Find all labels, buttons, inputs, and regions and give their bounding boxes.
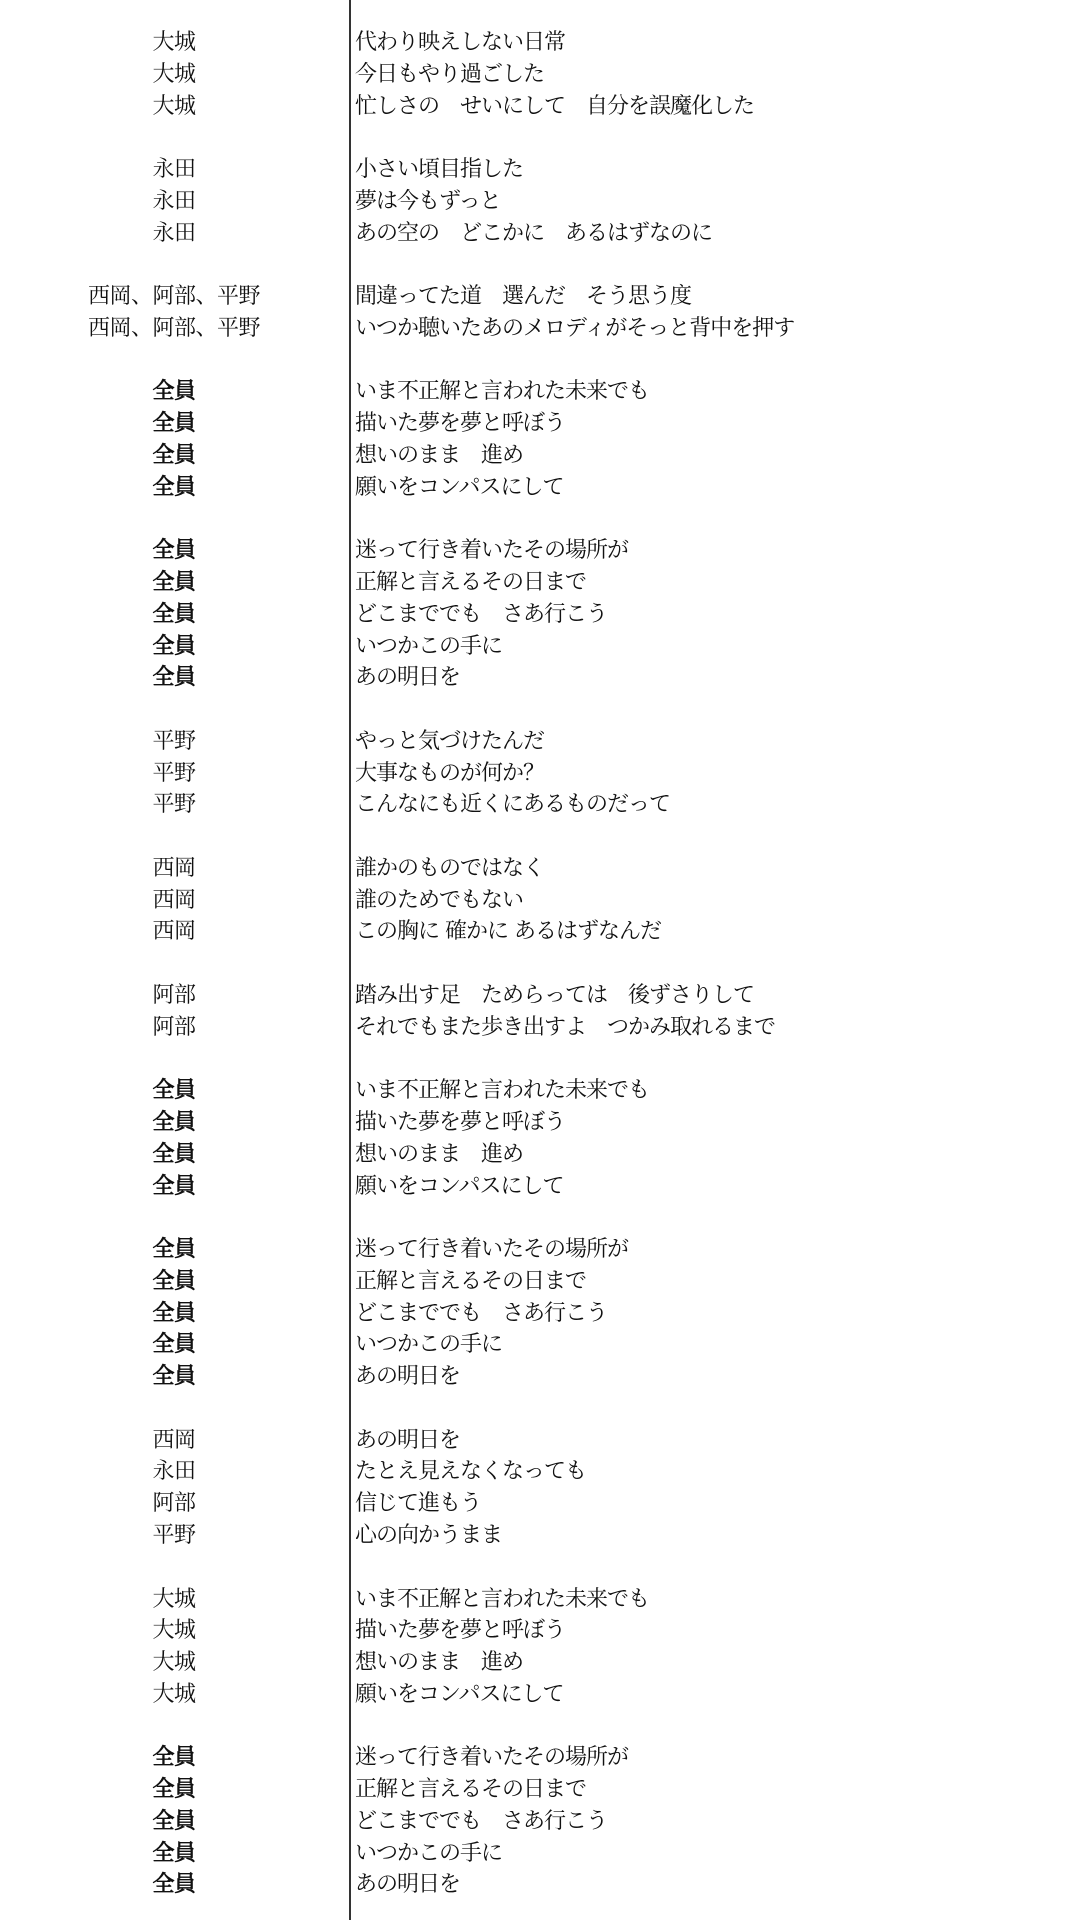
lyric-line: 迷って行き着いたその場所が <box>355 535 628 567</box>
blank-row <box>0 821 1080 853</box>
lyric-row: 全員描いた夢を夢と呼ぼう <box>0 1107 1080 1139</box>
singer-label: 全員 <box>24 1838 324 1870</box>
lyric-line: 描いた夢を夢と呼ぼう <box>355 1615 565 1647</box>
singer-label: 全員 <box>24 440 324 472</box>
lyric-line: いま不正解と言われた未来でも <box>355 1584 649 1616</box>
blank-row <box>0 1202 1080 1234</box>
lyric-row: 平野心の向かうまま <box>0 1520 1080 1552</box>
singer-label: 西岡 <box>24 1425 324 1457</box>
lyric-row: 阿部それでもまた歩き出すよ つかみ取れるまで <box>0 1012 1080 1044</box>
singer-label: 大城 <box>24 91 324 123</box>
lyric-line: たとえ見えなくなっても <box>355 1456 586 1488</box>
blank-row <box>0 122 1080 154</box>
lyric-row: 全員想いのまま 進め <box>0 1139 1080 1171</box>
singer-label: 全員 <box>24 1107 324 1139</box>
lyric-line: それでもまた歩き出すよ つかみ取れるまで <box>355 1012 775 1044</box>
blank-row <box>0 249 1080 281</box>
lyric-line: 忙しさの せいにして 自分を誤魔化した <box>355 91 754 123</box>
lyric-line: いつかこの手に <box>355 631 502 663</box>
singer-label: 西岡 <box>24 885 324 917</box>
lyric-row: 西岡誰のためでもない <box>0 885 1080 917</box>
singer-label: 全員 <box>24 1361 324 1393</box>
singer-label: 永田 <box>24 154 324 186</box>
singer-label: 全員 <box>24 1806 324 1838</box>
singer-label: 全員 <box>24 1742 324 1774</box>
lyric-row: 大城想いのまま 進め <box>0 1647 1080 1679</box>
lyric-row: 西岡あの明日を <box>0 1425 1080 1457</box>
singer-label: 大城 <box>24 27 324 59</box>
lyric-line: 誰かのものではなく <box>355 853 544 885</box>
singer-label: 西岡、阿部、平野 <box>24 281 324 313</box>
lyric-row: 全員想いのまま 進め <box>0 440 1080 472</box>
singer-label: 大城 <box>24 1615 324 1647</box>
lyric-line: 小さい頃目指した <box>355 154 523 186</box>
blank-row <box>0 694 1080 726</box>
lyric-line: 今日もやり過ごした <box>355 59 544 91</box>
blank-row <box>0 948 1080 980</box>
lyric-line: 代わり映えしない日常 <box>355 27 565 59</box>
lyric-row: 全員願いをコンパスにして <box>0 1171 1080 1203</box>
lyric-row: 永田あの空の どこかに あるはずなのに <box>0 218 1080 250</box>
singer-label: 全員 <box>24 408 324 440</box>
lyric-row: 全員願いをコンパスにして <box>0 472 1080 504</box>
lyric-row: 大城いま不正解と言われた未来でも <box>0 1584 1080 1616</box>
singer-label: 全員 <box>24 1075 324 1107</box>
singer-label: 永田 <box>24 1456 324 1488</box>
lyric-row: 全員描いた夢を夢と呼ぼう <box>0 408 1080 440</box>
lyric-row: 全員いま不正解と言われた未来でも <box>0 376 1080 408</box>
lyric-row: 西岡この胸に 確かに あるはずなんだ <box>0 916 1080 948</box>
lyric-row: 全員迷って行き着いたその場所が <box>0 535 1080 567</box>
lyric-line: 踏み出す足 ためらっては 後ずさりして <box>355 980 754 1012</box>
lyric-row: 永田小さい頃目指した <box>0 154 1080 186</box>
lyric-line: 描いた夢を夢と呼ぼう <box>355 408 565 440</box>
singer-label: 阿部 <box>24 1012 324 1044</box>
lyric-line: あの明日を <box>355 662 460 694</box>
lyric-line: 誰のためでもない <box>355 885 523 917</box>
lyric-row: 平野やっと気づけたんだ <box>0 726 1080 758</box>
lyric-line: いま不正解と言われた未来でも <box>355 376 649 408</box>
lyric-line: 迷って行き着いたその場所が <box>355 1742 628 1774</box>
singer-label: 大城 <box>24 59 324 91</box>
singer-label: 全員 <box>24 662 324 694</box>
singer-label: 西岡 <box>24 916 324 948</box>
singer-label: 全員 <box>24 472 324 504</box>
lyric-row: 永田たとえ見えなくなっても <box>0 1456 1080 1488</box>
lyric-row: 大城忙しさの せいにして 自分を誤魔化した <box>0 91 1080 123</box>
lyric-row: 全員正解と言えるその日まで <box>0 1266 1080 1298</box>
singer-label: 全員 <box>24 1774 324 1806</box>
singer-label: 全員 <box>24 599 324 631</box>
singer-label: 全員 <box>24 1869 324 1901</box>
lyric-row: 全員いつかこの手に <box>0 631 1080 663</box>
singer-label: 大城 <box>24 1679 324 1711</box>
blank-row <box>0 1711 1080 1743</box>
lyric-row: 全員どこまででも さあ行こう <box>0 1806 1080 1838</box>
blank-row <box>0 1044 1080 1076</box>
lyric-row: 全員どこまででも さあ行こう <box>0 599 1080 631</box>
lyric-line: 間違ってた道 選んだ そう思う度 <box>355 281 691 313</box>
lyric-line: 信じて進もう <box>355 1488 481 1520</box>
singer-label: 西岡、阿部、平野 <box>24 313 324 345</box>
singer-label: 全員 <box>24 1298 324 1330</box>
singer-label: 西岡 <box>24 853 324 885</box>
lyric-row: 永田夢は今もずっと <box>0 186 1080 218</box>
lyric-row: 全員いま不正解と言われた未来でも <box>0 1075 1080 1107</box>
lyric-row: 平野大事なものが何か？ <box>0 758 1080 790</box>
lyric-line: この胸に 確かに あるはずなんだ <box>355 916 661 948</box>
singer-label: 全員 <box>24 631 324 663</box>
lyric-line: 想いのまま 進め <box>355 1647 523 1679</box>
lyric-line: いつかこの手に <box>355 1329 502 1361</box>
lyric-row: 西岡、阿部、平野間違ってた道 選んだ そう思う度 <box>0 281 1080 313</box>
singer-label: 平野 <box>24 758 324 790</box>
lyric-row: 全員あの明日を <box>0 662 1080 694</box>
lyric-row: 全員いつかこの手に <box>0 1329 1080 1361</box>
lyric-line: どこまででも さあ行こう <box>355 599 607 631</box>
lyric-line: やっと気づけたんだ <box>355 726 544 758</box>
lyric-line: いつか聴いたあのメロディがそっと背中を押す <box>355 313 794 345</box>
lyric-row: 大城願いをコンパスにして <box>0 1679 1080 1711</box>
singer-label: 全員 <box>24 567 324 599</box>
singer-label: 全員 <box>24 376 324 408</box>
lyric-line: 正解と言えるその日まで <box>355 567 586 599</box>
lyric-line: あの空の どこかに あるはずなのに <box>355 218 712 250</box>
singer-label: 平野 <box>24 726 324 758</box>
lyric-line: 想いのまま 進め <box>355 440 523 472</box>
singer-label: 永田 <box>24 218 324 250</box>
singer-label: 大城 <box>24 1584 324 1616</box>
lyric-line: 正解と言えるその日まで <box>355 1774 586 1806</box>
singer-label: 阿部 <box>24 980 324 1012</box>
lyric-row: 全員正解と言えるその日まで <box>0 567 1080 599</box>
lyrics-part-sheet: 大城代わり映えしない日常大城今日もやり過ごした大城忙しさの せいにして 自分を誤… <box>0 27 1080 1901</box>
lyric-row: 大城代わり映えしない日常 <box>0 27 1080 59</box>
singer-label: 阿部 <box>24 1488 324 1520</box>
lyric-line: 願いをコンパスにして <box>355 1679 563 1711</box>
lyric-line: あの明日を <box>355 1361 460 1393</box>
lyric-row: 大城今日もやり過ごした <box>0 59 1080 91</box>
lyric-row: 阿部信じて進もう <box>0 1488 1080 1520</box>
lyric-line: 正解と言えるその日まで <box>355 1266 586 1298</box>
lyric-row: 全員あの明日を <box>0 1361 1080 1393</box>
lyric-line: 願いをコンパスにして <box>355 472 563 504</box>
singer-label: 全員 <box>24 1139 324 1171</box>
singer-label: 平野 <box>24 1520 324 1552</box>
lyric-line: いま不正解と言われた未来でも <box>355 1075 649 1107</box>
lyric-line: いつかこの手に <box>355 1838 502 1870</box>
blank-row <box>0 1393 1080 1425</box>
singer-label: 全員 <box>24 1266 324 1298</box>
lyric-row: 全員迷って行き着いたその場所が <box>0 1742 1080 1774</box>
lyric-line: どこまででも さあ行こう <box>355 1298 607 1330</box>
singer-label: 全員 <box>24 1171 324 1203</box>
lyric-line: あの明日を <box>355 1425 460 1457</box>
lyric-line: 迷って行き着いたその場所が <box>355 1234 628 1266</box>
lyric-row: 全員迷って行き着いたその場所が <box>0 1234 1080 1266</box>
singer-label: 全員 <box>24 1234 324 1266</box>
lyric-line: 夢は今もずっと <box>355 186 501 218</box>
blank-row <box>0 503 1080 535</box>
lyric-line: どこまででも さあ行こう <box>355 1806 607 1838</box>
lyric-row: 阿部踏み出す足 ためらっては 後ずさりして <box>0 980 1080 1012</box>
singer-label: 全員 <box>24 535 324 567</box>
lyric-row: 西岡誰かのものではなく <box>0 853 1080 885</box>
blank-row <box>0 345 1080 377</box>
lyric-line: 大事なものが何か？ <box>355 758 544 790</box>
lyric-line: 想いのまま 進め <box>355 1139 523 1171</box>
lyric-line: あの明日を <box>355 1869 460 1901</box>
lyric-line: 心の向かうまま <box>355 1520 502 1552</box>
lyric-row: 大城描いた夢を夢と呼ぼう <box>0 1615 1080 1647</box>
lyric-line: 描いた夢を夢と呼ぼう <box>355 1107 565 1139</box>
blank-row <box>0 1552 1080 1584</box>
singer-label: 平野 <box>24 789 324 821</box>
lyric-row: 西岡、阿部、平野いつか聴いたあのメロディがそっと背中を押す <box>0 313 1080 345</box>
singer-label: 全員 <box>24 1329 324 1361</box>
lyric-row: 全員あの明日を <box>0 1869 1080 1901</box>
lyric-row: 平野こんなにも近くにあるものだって <box>0 789 1080 821</box>
lyric-row: 全員正解と言えるその日まで <box>0 1774 1080 1806</box>
singer-label: 大城 <box>24 1647 324 1679</box>
lyric-line: こんなにも近くにあるものだって <box>355 789 670 821</box>
lyric-row: 全員どこまででも さあ行こう <box>0 1298 1080 1330</box>
lyric-row: 全員いつかこの手に <box>0 1838 1080 1870</box>
singer-label: 永田 <box>24 186 324 218</box>
lyric-line: 願いをコンパスにして <box>355 1171 563 1203</box>
